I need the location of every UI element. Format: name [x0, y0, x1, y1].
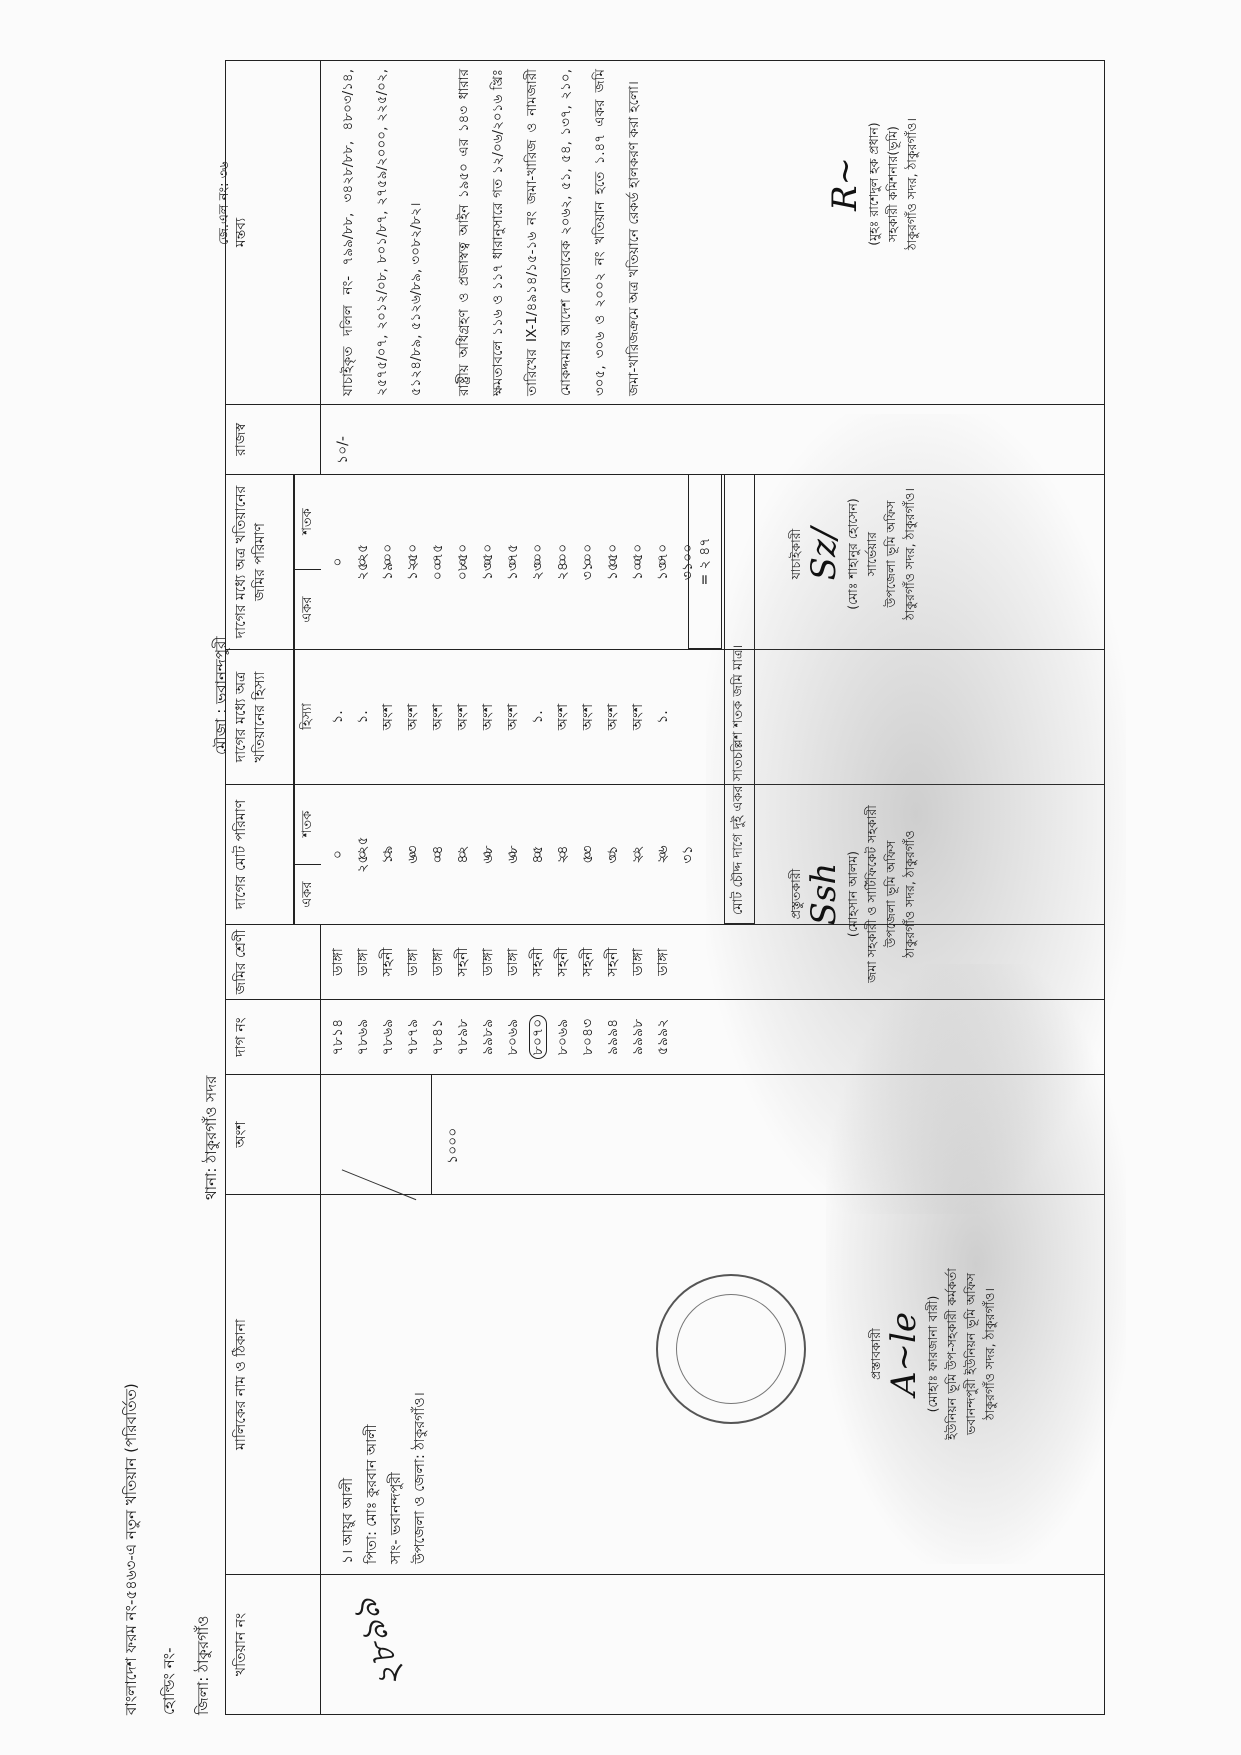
table-row: অংশ: [626, 650, 651, 784]
table-row: ০০৪: [401, 785, 426, 924]
table-row: অংশ: [601, 650, 626, 784]
commissioner-signature-mark: R~: [826, 74, 864, 294]
remarks-text: যাচাইকৃত দলিল নং- ৭৯৯/৮৮, ৩৪২৮/৮৮, ৪৮০৩/…: [331, 69, 651, 396]
official-seal: [656, 1274, 806, 1424]
header-khatian-no: খতিয়ান নং: [226, 1575, 321, 1714]
header-dag-no: দাগ নং: [226, 1000, 321, 1074]
table-row: ৭৮৯৮: [451, 1000, 476, 1074]
owner-village: সাং- ভবানন্দপুরী: [384, 1392, 408, 1564]
subheader-shatak: শতক: [294, 784, 321, 864]
table-row: ডাঙ্গা: [351, 925, 376, 999]
signature-proposer: প্রস্তাবকারী A~le (মোহাঃ ফারজানা বারী) ই…: [866, 1224, 999, 1484]
dag-area-list: ০২৫২৫০১৯০৬৩০০৪০৪২০৬৮০৬৮০৪৫০২৪০৫৩০৩১০২২০২…: [326, 785, 676, 924]
table-row: ৯৯৯৪: [601, 1000, 626, 1074]
district-label: জিলা: ঠাকুরগাঁও: [192, 1616, 217, 1715]
table-row: ১.: [351, 650, 376, 784]
table-row: ০২৫২৫: [326, 475, 351, 649]
table-row: অংশ: [476, 650, 501, 784]
column-land-class: জমির শ্রেণী ডাঙ্গাডাঙ্গাসহনীডাঙ্গাডাঙ্গা…: [226, 924, 1104, 999]
header-share-in-dag: দাগের মধ্যে অত্র খতিয়ানের হিস্যা: [226, 650, 294, 784]
table-row: ০৬৩: [376, 785, 401, 924]
table-row: ০৬৮: [476, 785, 501, 924]
table-row: ০২৪০০: [526, 475, 551, 649]
holding-number-label: হোল্ডিং নং-: [158, 1647, 183, 1715]
khatian-document: বাংলাদেশ ফরম নং-৫৪৬৩-এ নতুন খতিয়ান (পরি…: [0, 0, 1241, 1755]
revenue-value: ১০/-: [331, 436, 355, 464]
header-owner: মালিকের নাম ও ঠিকানা: [226, 1195, 321, 1574]
table-row: অংশ: [401, 650, 426, 784]
table-row: সহনী: [376, 925, 401, 999]
table-row: ১.: [651, 650, 676, 784]
thana-label: থানা: ঠাকুরগাঁও সদর: [200, 1076, 225, 1200]
remarks-mutation-order: রাষ্ট্রীয় অধিগ্রহণ ও প্রজাস্বত্ব আইন ১৯…: [447, 69, 651, 396]
column-dag-total-area: দাগের মোট পরিমাণ একর শতক ০২৫২৫০১৯০৬৩০০৪০…: [226, 784, 1104, 924]
table-row: ০২৫২৫: [326, 785, 351, 924]
land-class-list: ডাঙ্গাডাঙ্গাসহনীডাঙ্গাডাঙ্গাসহনীডাঙ্গাডা…: [326, 925, 676, 999]
table-row: ৮০৪৩: [576, 1000, 601, 1074]
table-row: ০৪৫: [501, 785, 526, 924]
table-row: ০১৯০০: [351, 475, 376, 649]
table-row: অংশ: [551, 650, 576, 784]
signature-preparer: প্রস্তুতকারী Ssh (মোহসান আলম) জমা সহকারী…: [786, 774, 919, 1014]
header-dag-total-area: দাগের মোট পরিমাণ: [226, 785, 294, 924]
own-land-list: ০২৫২৫০১৯০০০১২৫০০০০৭৫০০৮৫০০১৩৫০০১৩৭৫০২৩০০…: [326, 475, 676, 649]
table-row: ৮০৭০: [526, 1000, 551, 1074]
table-row: অংশ: [576, 650, 601, 784]
table-row: অংশ: [426, 650, 451, 784]
header-land-in-dag: দাগের মধ্যে অত্র খতিয়ানের জমির পরিমাণ: [226, 475, 294, 649]
preparer-signature-mark: Ssh: [805, 774, 843, 1014]
table-row: ৭৮৬৯: [351, 1000, 376, 1074]
dag-number-list: ৭৮১৪৭৮৬৯৭৮৬৯৭৮৭৯৭৮৪১৭৮৯৮৯৯৮৯৮০৬৯৮০৭০৮০৬৯…: [326, 1000, 676, 1074]
owner-father: পিতা: মোঃ কুরবান আলী: [360, 1392, 384, 1564]
table-row: অংশ: [501, 650, 526, 784]
table-row: সহনী: [576, 925, 601, 999]
table-row: ০১৯: [351, 785, 376, 924]
subheader-hissa: হিস্যা: [294, 649, 321, 784]
table-row: ডাঙ্গা: [401, 925, 426, 999]
table-row: ০০০৭৫: [401, 475, 426, 649]
table-row: ০২২: [601, 785, 626, 924]
table-row: ০১৩৭৫: [476, 475, 501, 649]
verifier-signature-mark: Sz/: [805, 444, 843, 664]
header-land-class: জমির শ্রেণী: [226, 925, 321, 999]
table-row: ৫৯৯২: [651, 1000, 676, 1074]
table-row: সহনী: [551, 925, 576, 999]
column-share-in-dag: দাগের মধ্যে অত্র খতিয়ানের হিস্যা হিস্যা…: [226, 649, 1104, 784]
table-row: ০২৩০০: [501, 475, 526, 649]
table-row: ৮০৬৯: [551, 1000, 576, 1074]
table-row: ০৩১: [651, 785, 676, 924]
column-share: অংশ ১০০০: [226, 1074, 1104, 1194]
table-row: ১.: [326, 650, 351, 784]
table-row: ০৩১০০: [551, 475, 576, 649]
table-row: সহনী: [451, 925, 476, 999]
form-title: বাংলাদেশ ফরম নং-৫৪৬৩-এ নতুন খতিয়ান (পরি…: [120, 1383, 145, 1715]
table-row: ০১৩৫০: [451, 475, 476, 649]
table-row: ০১২৫০: [376, 475, 401, 649]
column-dag-no: দাগ নং ৭৮১৪৭৮৬৯৭৮৬৯৭৮৭৯৭৮৪১৭৮৯৮৯৯৮৯৮০৬৯৮…: [226, 999, 1104, 1074]
table-row: ডাঙ্গা: [476, 925, 501, 999]
owner-details: ১। আয়ুব আলী পিতা: মোঃ কুরবান আলী সাং- ভ…: [336, 1392, 432, 1564]
table-row: ০৩১: [576, 785, 601, 924]
table-row: ০১০৫০: [601, 475, 626, 649]
owner-upazila: উপজেলা ও জেলা: ঠাকুরগাঁও।: [408, 1392, 432, 1564]
table-row: ১.: [526, 650, 551, 784]
table-row: ০৩১০০: [651, 475, 676, 649]
owner-name: ১। আয়ুব আলী: [336, 1392, 360, 1564]
signature-commissioner: R~ (মুহঃ রাশেদুল হক প্রধান) সহকারী কমিশন…: [826, 74, 921, 294]
subheader-acre: একর: [294, 864, 321, 924]
header-revenue: রাজস্ব: [226, 405, 321, 474]
table-row: ০২৬: [626, 785, 651, 924]
table-row: ৮০৬৯: [501, 1000, 526, 1074]
total-area-words: মোট চৌদ্দ দাগে দুই একর সাতচল্লিশ শতক জমি…: [724, 474, 755, 924]
table-row: ডাঙ্গা: [326, 925, 351, 999]
table-row: ৯৯৯৮: [626, 1000, 651, 1074]
hissa-list: ১.১.অংশঅংশঅংশঅংশঅংশঅংশ১.অংশঅংশঅংশঅংশ১.: [326, 650, 676, 784]
table-row: অংশ: [451, 650, 476, 784]
table-row: ৯৯৮৯: [476, 1000, 501, 1074]
table-row: ডাঙ্গা: [651, 925, 676, 999]
column-khatian-no: খতিয়ান নং ২৮৯৯: [226, 1574, 1104, 1714]
table-row: ০২৪: [526, 785, 551, 924]
table-row: ০৫৩: [551, 785, 576, 924]
signature-verifier: যাচাইকারী Sz/ (মোঃ শাহানুর হোসেন) সার্ভে…: [786, 444, 919, 664]
khatian-no-value: ২৮৯৯: [337, 1588, 425, 1696]
table-row: ৭৮৬৯: [376, 1000, 401, 1074]
remarks-verified-deeds: যাচাইকৃত দলিল নং- ৭৯৯/৮৮, ৩৪২৮/৮৮, ৪৮০৩/…: [331, 69, 433, 396]
table-row: ০১৩৭০: [626, 475, 651, 649]
table-row: ০০৮৫০: [426, 475, 451, 649]
subheader-acre-own: একর: [294, 569, 321, 649]
table-row: ডাঙ্গা: [626, 925, 651, 999]
column-remarks: মন্তব্য যাচাইকৃত দলিল নং- ৭৯৯/৮৮, ৩৪২৮/৮…: [226, 61, 1104, 404]
table-row: অংশ: [376, 650, 401, 784]
column-revenue: রাজস্ব ১০/-: [226, 404, 1104, 474]
share-value: ১০০০: [441, 1128, 465, 1164]
table-row: সহনী: [526, 925, 551, 999]
header-remarks: মন্তব্য: [226, 61, 321, 404]
table-row: ডাঙ্গা: [501, 925, 526, 999]
subheader-shatak-own: শতক: [294, 474, 321, 569]
proposer-signature-mark: A~le: [885, 1224, 923, 1484]
table-row: ৭৮৭৯: [401, 1000, 426, 1074]
table-row: ০৬৮: [451, 785, 476, 924]
table-row: ৭৮৪১: [426, 1000, 451, 1074]
header-share: অংশ: [226, 1075, 321, 1194]
column-land-in-dag: দাগের মধ্যে অত্র খতিয়ানের জমির পরিমাণ এ…: [226, 474, 1104, 649]
table-row: ০১৫৫০: [576, 475, 601, 649]
table-row: সহনী: [601, 925, 626, 999]
table-row: ০৪২: [426, 785, 451, 924]
total-area-numeric: = ২ ৪৭: [688, 474, 722, 649]
khatian-table: খতিয়ান নং ২৮৯৯ মালিকের নাম ও ঠিকানা ১। …: [225, 60, 1105, 1715]
table-row: ডাঙ্গা: [426, 925, 451, 999]
table-row: ৭৮১৪: [326, 1000, 351, 1074]
